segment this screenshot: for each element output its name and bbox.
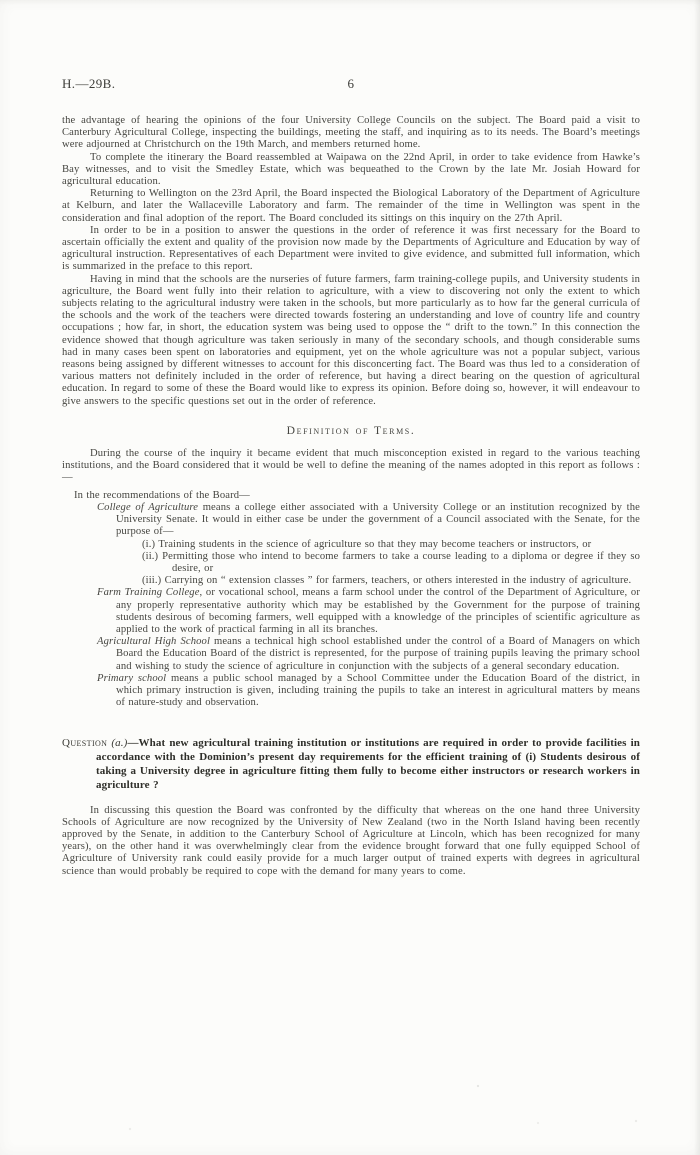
- body-paragraph: In order to be in a position to answer t…: [62, 225, 640, 274]
- subitem-number: (ii.): [142, 551, 158, 562]
- definition-text: Farm Training College, or vocational sch…: [62, 587, 640, 636]
- body-paragraph: Having in mind that the schools are the …: [62, 274, 640, 408]
- definition-college-of-agriculture: College of Agriculture means a college e…: [62, 502, 640, 587]
- section-heading-definition-of-terms: Definition of Terms.: [62, 425, 640, 437]
- definition-primary-school: Primary school means a public school man…: [62, 673, 640, 710]
- definition-text: College of Agriculture means a college e…: [62, 502, 640, 539]
- body-paragraph: Returning to Wellington on the 23rd Apri…: [62, 188, 640, 225]
- question-letter: (a.): [111, 737, 127, 749]
- definition-body: means a public school managed by a Schoo…: [116, 673, 640, 708]
- definition-subitem: (iii.) Carrying on “ extension classes ”…: [62, 575, 640, 587]
- definition-term: Farm Training College: [97, 587, 200, 598]
- subitem-number: (iii.): [142, 575, 161, 586]
- body-paragraph: the advantage of hearing the opinions of…: [62, 115, 640, 152]
- definition-text: Primary school means a public school man…: [62, 673, 640, 710]
- definition-text: Agricultural High School means a technic…: [62, 636, 640, 673]
- definition-term: Primary school: [97, 673, 166, 684]
- definition-farm-training-college: Farm Training College, or vocational sch…: [62, 587, 640, 636]
- recommendations-lead-line: In the recommendations of the Board—: [62, 490, 640, 502]
- closing-paragraph: In discussing this question the Board wa…: [62, 805, 640, 878]
- definitions-intro-paragraph: During the course of the inquiry it beca…: [62, 448, 640, 485]
- subitem-number: (i.): [142, 539, 155, 550]
- question-label: Question: [62, 737, 107, 749]
- page-number: 6: [62, 76, 640, 92]
- subitem-text: Training students in the science of agri…: [158, 539, 591, 550]
- definition-subitem: (ii.) Permitting those who intend to bec…: [62, 551, 640, 575]
- body-paragraph: To complete the itinerary the Board reas…: [62, 152, 640, 189]
- question-a-block: Question (a.)—What new agricultural trai…: [62, 737, 640, 792]
- scanned-report-page: H.—29B. 6 the advantage of hearing the o…: [0, 0, 700, 1155]
- question-text: —What new agricultural training institut…: [96, 737, 640, 790]
- document-body: the advantage of hearing the opinions of…: [62, 115, 640, 878]
- subitem-text: Carrying on “ extension classes ” for fa…: [165, 575, 632, 586]
- definition-term: Agricultural High School: [97, 636, 210, 647]
- subitem-text: Permitting those who intend to become fa…: [162, 551, 640, 574]
- definition-agricultural-high-school: Agricultural High School means a technic…: [62, 636, 640, 673]
- definition-term: College of Agriculture: [97, 502, 198, 513]
- definition-subitem: (i.) Training students in the science of…: [62, 539, 640, 551]
